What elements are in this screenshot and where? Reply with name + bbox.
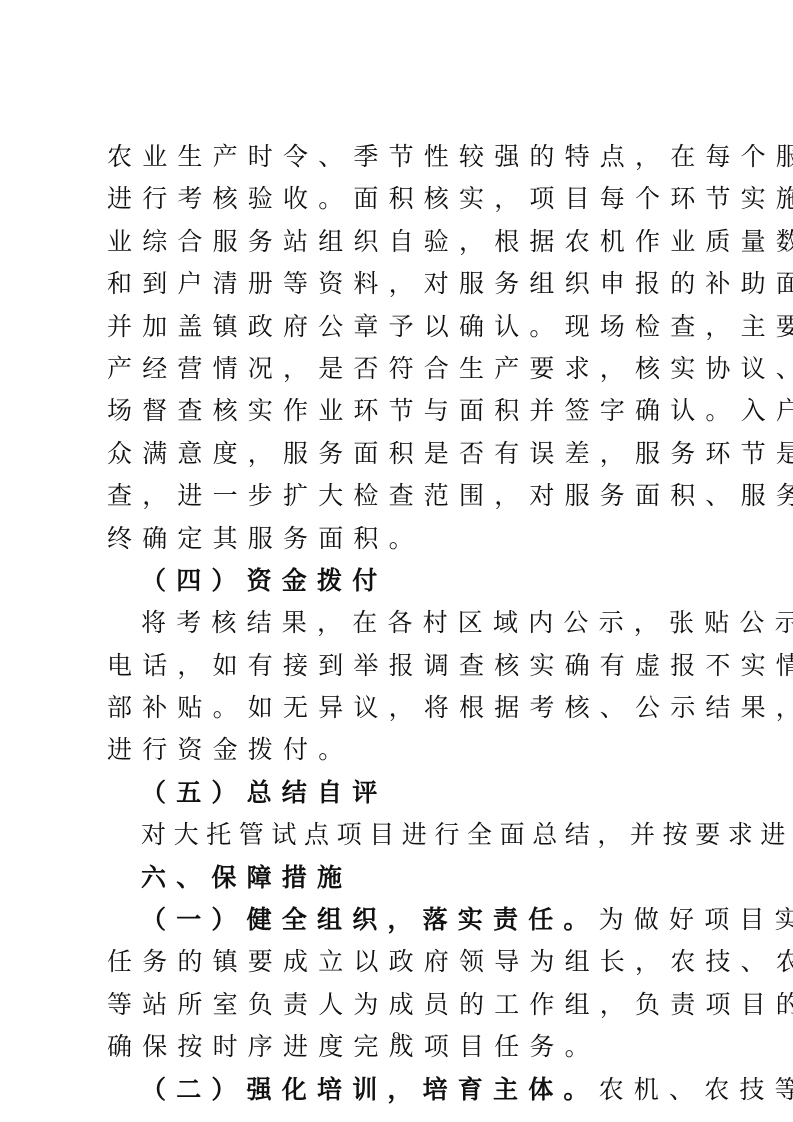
text-line: （一）健全组织，落实责任。为做好项目实施，承担项目 [107, 899, 689, 941]
section-heading-self-evaluation: （五）总结自评 [107, 772, 689, 814]
paragraph-acceptance: 农业生产时令、季节性较强的特点，在每个服务环节结束后及时 进行考核验收。面积核实… [107, 136, 689, 560]
text-line: 任务的镇要成立以政府领导为组长，农技、农机、财政、监察 [107, 941, 689, 983]
text-line: 并加盖镇政府公章予以确认。现场检查，主要检查服务组织的生 [107, 306, 689, 348]
text-line: 对大托管试点项目进行全面总结，并按要求进行绩效考评。 [107, 814, 689, 856]
text-line: 农业生产时令、季节性较强的特点，在每个服务环节结束后及时 [107, 136, 689, 178]
text-line: 业综合服务站组织自验，根据农机作业质量数据、作业服务合同 [107, 221, 689, 263]
paragraph-training: （二）强化培训，培育主体。农机、农技等部门要结合新 [107, 1069, 689, 1111]
text-line: 等站所室负责人为成员的工作组，负责项目的推进与验收，要 [107, 984, 689, 1026]
text-line: 进行考核验收。面积核实，项目每个环节实施结束后，由乡镇农 [107, 178, 689, 220]
bold-lead: （二）强化培训，培育主体。 [141, 1075, 599, 1104]
text-run: 为做好项目实施，承担项目 [599, 905, 793, 934]
text-line: 产经营情况，是否符合生产要求，核实协议、花名册等资料，现 [107, 348, 689, 390]
text-line: 将考核结果，在各村区域内公示，张贴公示统计表和举报 [107, 602, 689, 644]
text-line: 场督查核实作业环节与面积并签字确认。入户调查，主要检查群 [107, 390, 689, 432]
text-line: 众满意度，服务面积是否有误差，服务环节是否有漏减。电话抽 [107, 433, 689, 475]
text-run: 农机、农技等部门要结合新 [599, 1075, 793, 1104]
paragraph-self-evaluation: 对大托管试点项目进行全面总结，并按要求进行绩效考评。 [107, 814, 689, 856]
text-line: 进行资金拨付。 [107, 729, 689, 771]
paragraph-fund-allocation: 将考核结果，在各村区域内公示，张贴公示统计表和举报 电话，如有接到举报调查核实确… [107, 602, 689, 772]
section-heading-fund-allocation: （四）资金拨付 [107, 560, 689, 602]
text-line: 部补贴。如无异议，将根据考核、公示结果，据实对服务组织 [107, 687, 689, 729]
text-line: 和到户清册等资料，对服务组织申报的补助面积进行抽查核实， [107, 263, 689, 305]
text-line: 查，进一步扩大检查范围，对服务面积、服务内容再次核查。最 [107, 475, 689, 517]
bold-lead: （一）健全组织，落实责任。 [141, 905, 599, 934]
text-line: 终确定其服务面积。 [107, 518, 689, 560]
document-page: 农业生产时令、季节性较强的特点，在每个服务环节结束后及时 进行考核验收。面积核实… [107, 136, 689, 1111]
page-number: 9 [0, 1028, 793, 1048]
section-heading-safeguards: 六、保障措施 [107, 857, 689, 899]
text-line: 电话，如有接到举报调查核实确有虚报不实情况，取消该项全 [107, 645, 689, 687]
text-line: （二）强化培训，培育主体。农机、农技等部门要结合新 [107, 1069, 689, 1111]
